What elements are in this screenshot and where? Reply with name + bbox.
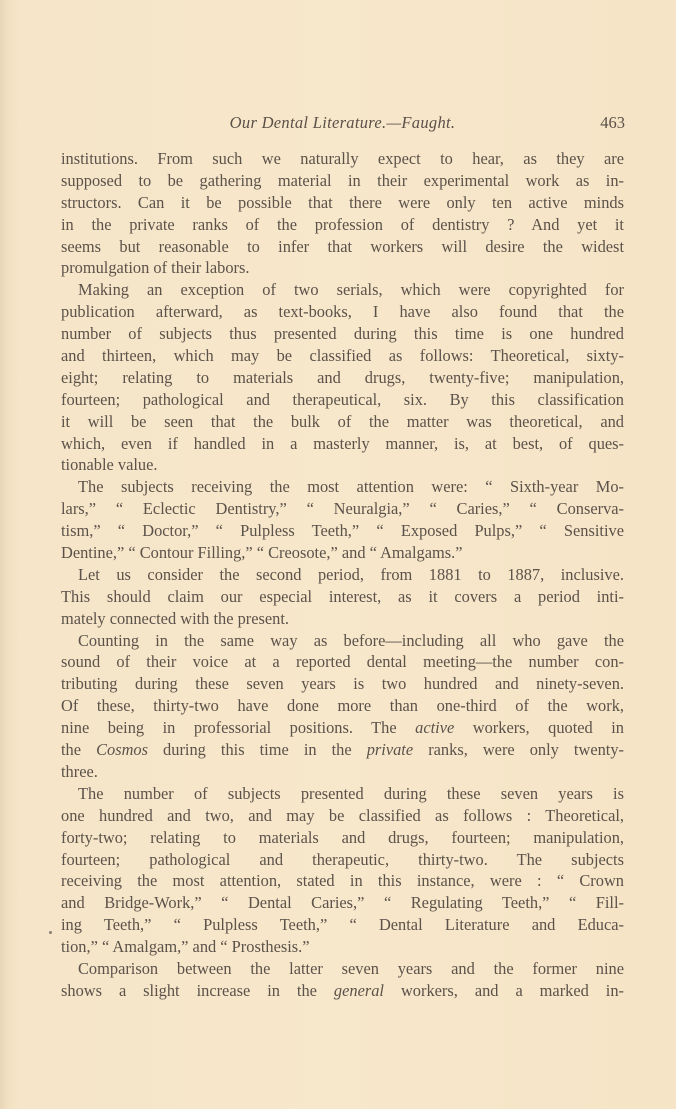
text-line: receiving the most attention, stated in … [61, 870, 624, 892]
text-line: it will be seen that the bulk of the mat… [61, 411, 624, 433]
margin-speck [49, 931, 52, 934]
paragraph-7: Comparison between the latter seven year… [61, 958, 624, 1002]
text-line: Dentine,” “ Contour Filling,” “ Creosote… [61, 542, 624, 564]
text-line: one hundred and two, and may be classifi… [61, 805, 624, 827]
paragraph-2: Making an exception of two serials, whic… [61, 279, 624, 476]
page-number: 463 [600, 113, 625, 133]
text-line: Of these, thirty-two have done more than… [61, 695, 624, 717]
text-run: workers, quoted in [454, 718, 624, 737]
paragraph-4: Let us consider the second period, from … [61, 564, 624, 630]
text-line: The subjects receiving the most attentio… [61, 476, 624, 498]
book-page: Our Dental Literature.—Faught. 463 insti… [0, 0, 676, 1109]
text-line: eight; relating to materials and drugs, … [61, 367, 624, 389]
running-head: Our Dental Literature.—Faught. 463 [60, 113, 625, 137]
text-run: during this time in the [148, 740, 367, 759]
body-text: institutions. From such we naturally exp… [61, 148, 624, 1002]
emphasis-general: general [334, 981, 384, 1000]
emphasis-active: active [415, 718, 454, 737]
text-line: Counting in the same way as before—inclu… [61, 630, 624, 652]
text-line: tionable value. [61, 454, 624, 476]
text-line: institutions. From such we naturally exp… [61, 148, 624, 170]
text-line: shows a slight increase in the general w… [61, 980, 624, 1002]
text-run: workers, and a marked in- [384, 981, 624, 1000]
paragraph-5: Counting in the same way as before—inclu… [61, 630, 624, 783]
emphasis-cosmos: Cosmos [96, 740, 148, 759]
text-line: tion,” “ Amalgam,” and “ Prosthesis.” [61, 936, 624, 958]
text-line: nine being in professorial positions. Th… [61, 717, 624, 739]
text-line: publication afterward, as text-books, I … [61, 301, 624, 323]
text-line: and thirteen, which may be classified as… [61, 345, 624, 367]
text-line: sound of their voice at a reported denta… [61, 651, 624, 673]
text-line: lars,” “ Eclectic Dentistry,” “ Neuralgi… [61, 498, 624, 520]
text-line: and Bridge-Work,” “ Dental Caries,” “ Re… [61, 892, 624, 914]
text-line: The number of subjects presented during … [61, 783, 624, 805]
text-line: number of subjects thus presented during… [61, 323, 624, 345]
text-run: ranks, were only twenty- [413, 740, 624, 759]
text-line: This should claim our especial interest,… [61, 586, 624, 608]
text-line: three. [61, 761, 624, 783]
text-line: Making an exception of two serials, whic… [61, 279, 624, 301]
text-line: the Cosmos during this time in the priva… [61, 739, 624, 761]
text-line: tism,” “ Doctor,” “ Pulpless Teeth,” “ E… [61, 520, 624, 542]
text-run: nine being in professorial positions. Th… [61, 718, 415, 737]
text-line: structors. Can it be possible that there… [61, 192, 624, 214]
text-line: Let us consider the second period, from … [61, 564, 624, 586]
text-run: shows a slight increase in the [61, 981, 334, 1000]
text-line: ing Teeth,” “ Pulpless Teeth,” “ Dental … [61, 914, 624, 936]
running-title: Our Dental Literature.—Faught. [60, 113, 625, 133]
text-line: fourteen; pathological and therapeutical… [61, 389, 624, 411]
paragraph-1: institutions. From such we naturally exp… [61, 148, 624, 279]
text-line: which, even if handled in a masterly man… [61, 433, 624, 455]
text-line: forty-two; relating to materials and dru… [61, 827, 624, 849]
paragraph-3: The subjects receiving the most attentio… [61, 476, 624, 564]
emphasis-private: private [367, 740, 413, 759]
text-run: the [61, 740, 96, 759]
text-line: fourteen; pathological and therapeutic, … [61, 849, 624, 871]
paragraph-6: The number of subjects presented during … [61, 783, 624, 958]
text-line: promulgation of their labors. [61, 257, 624, 279]
text-line: in the private ranks of the profession o… [61, 214, 624, 236]
text-line: mately connected with the present. [61, 608, 624, 630]
text-line: supposed to be gathering material in the… [61, 170, 624, 192]
text-line: seems but reasonable to infer that worke… [61, 236, 624, 258]
text-line: Comparison between the latter seven year… [61, 958, 624, 980]
text-line: tributing during these seven years is tw… [61, 673, 624, 695]
